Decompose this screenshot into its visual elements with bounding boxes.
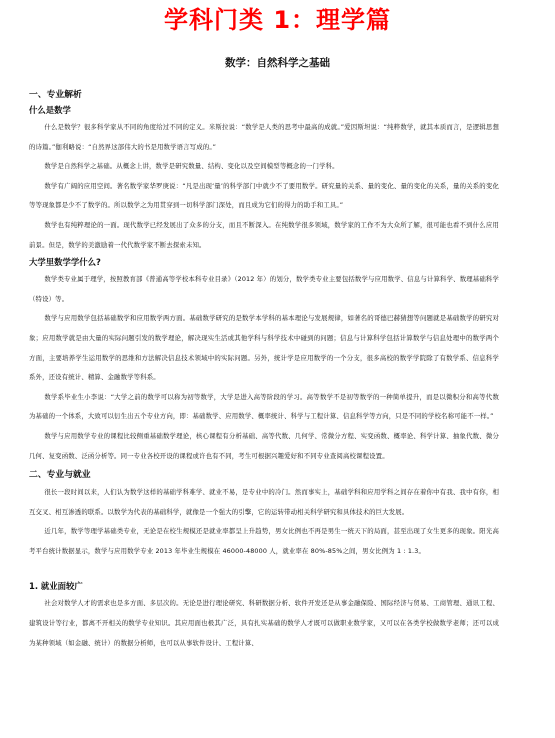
subsection-heading: 大学里数学学什么?: [29, 255, 499, 270]
paragraph: 数学与应用数学专业的课程比较侧重基础数学理论，核心课程有分析基础、高等代数、几何…: [29, 427, 499, 466]
subsection-heading: 1. 就业面较广: [29, 579, 499, 594]
paragraph: 社会对数学人才的需求也是多方面、多层次的。无论是进行理论研究、科研数据分析、软件…: [29, 594, 499, 653]
document-body: 一、专业解析 什么是数学 什么是数学？很多科学家从不同的角度给过不同的定义。米斯…: [29, 88, 499, 653]
paragraph: 很长一段时间以来，人们认为数学这样的基础学科难学、就业不易，是专业中的冷门。然而…: [29, 483, 499, 522]
document-title: 学科门类 1：理学篇: [0, 4, 555, 36]
paragraph: 数学也有纯粹理论的一面。现代数学已经发展出了众多的分支，而且不断深入。在纯数学很…: [29, 216, 499, 255]
document-subtitle: 数学：自然科学之基础: [0, 55, 555, 71]
subsection-heading: 什么是数学: [29, 103, 499, 118]
paragraph: 数学与应用数学包括基础数学和应用数学两方面。基础数学研究的是数学本学科的基本理论…: [29, 309, 499, 387]
paragraph: 数学类专业属于理学，按照教育部《普通高等学校本科专业目录》（2012 年）的划分…: [29, 270, 499, 309]
paragraph: 数学有广阔的应用空间。著名数学家华罗庚说：“凡是出现‘量’的科学部门中就少不了要…: [29, 177, 499, 216]
section-heading: 二、专业与就业: [29, 468, 499, 483]
paragraph: 什么是数学？很多科学家从不同的角度给过不同的定义。米斯拉说：“数学是人类的思考中…: [29, 118, 499, 157]
paragraph: 数学系毕业生小李说：“大学之前的数学可以称为初等数学，大学是进入高等阶段的学习。…: [29, 388, 499, 427]
section-heading: 一、专业解析: [29, 88, 499, 103]
document-page: 学科门类 1：理学篇 数学：自然科学之基础 一、专业解析 什么是数学 什么是数学…: [0, 0, 555, 738]
paragraph: 数学是自然科学之基础。从概念上讲，数学是研究数量、结构、变化以及空间模型等概念的…: [29, 157, 499, 177]
paragraph: 近几年，数学等理学基础类专业，无论是在校生规模还是就业率都呈上升趋势，男女比例也…: [29, 522, 499, 561]
